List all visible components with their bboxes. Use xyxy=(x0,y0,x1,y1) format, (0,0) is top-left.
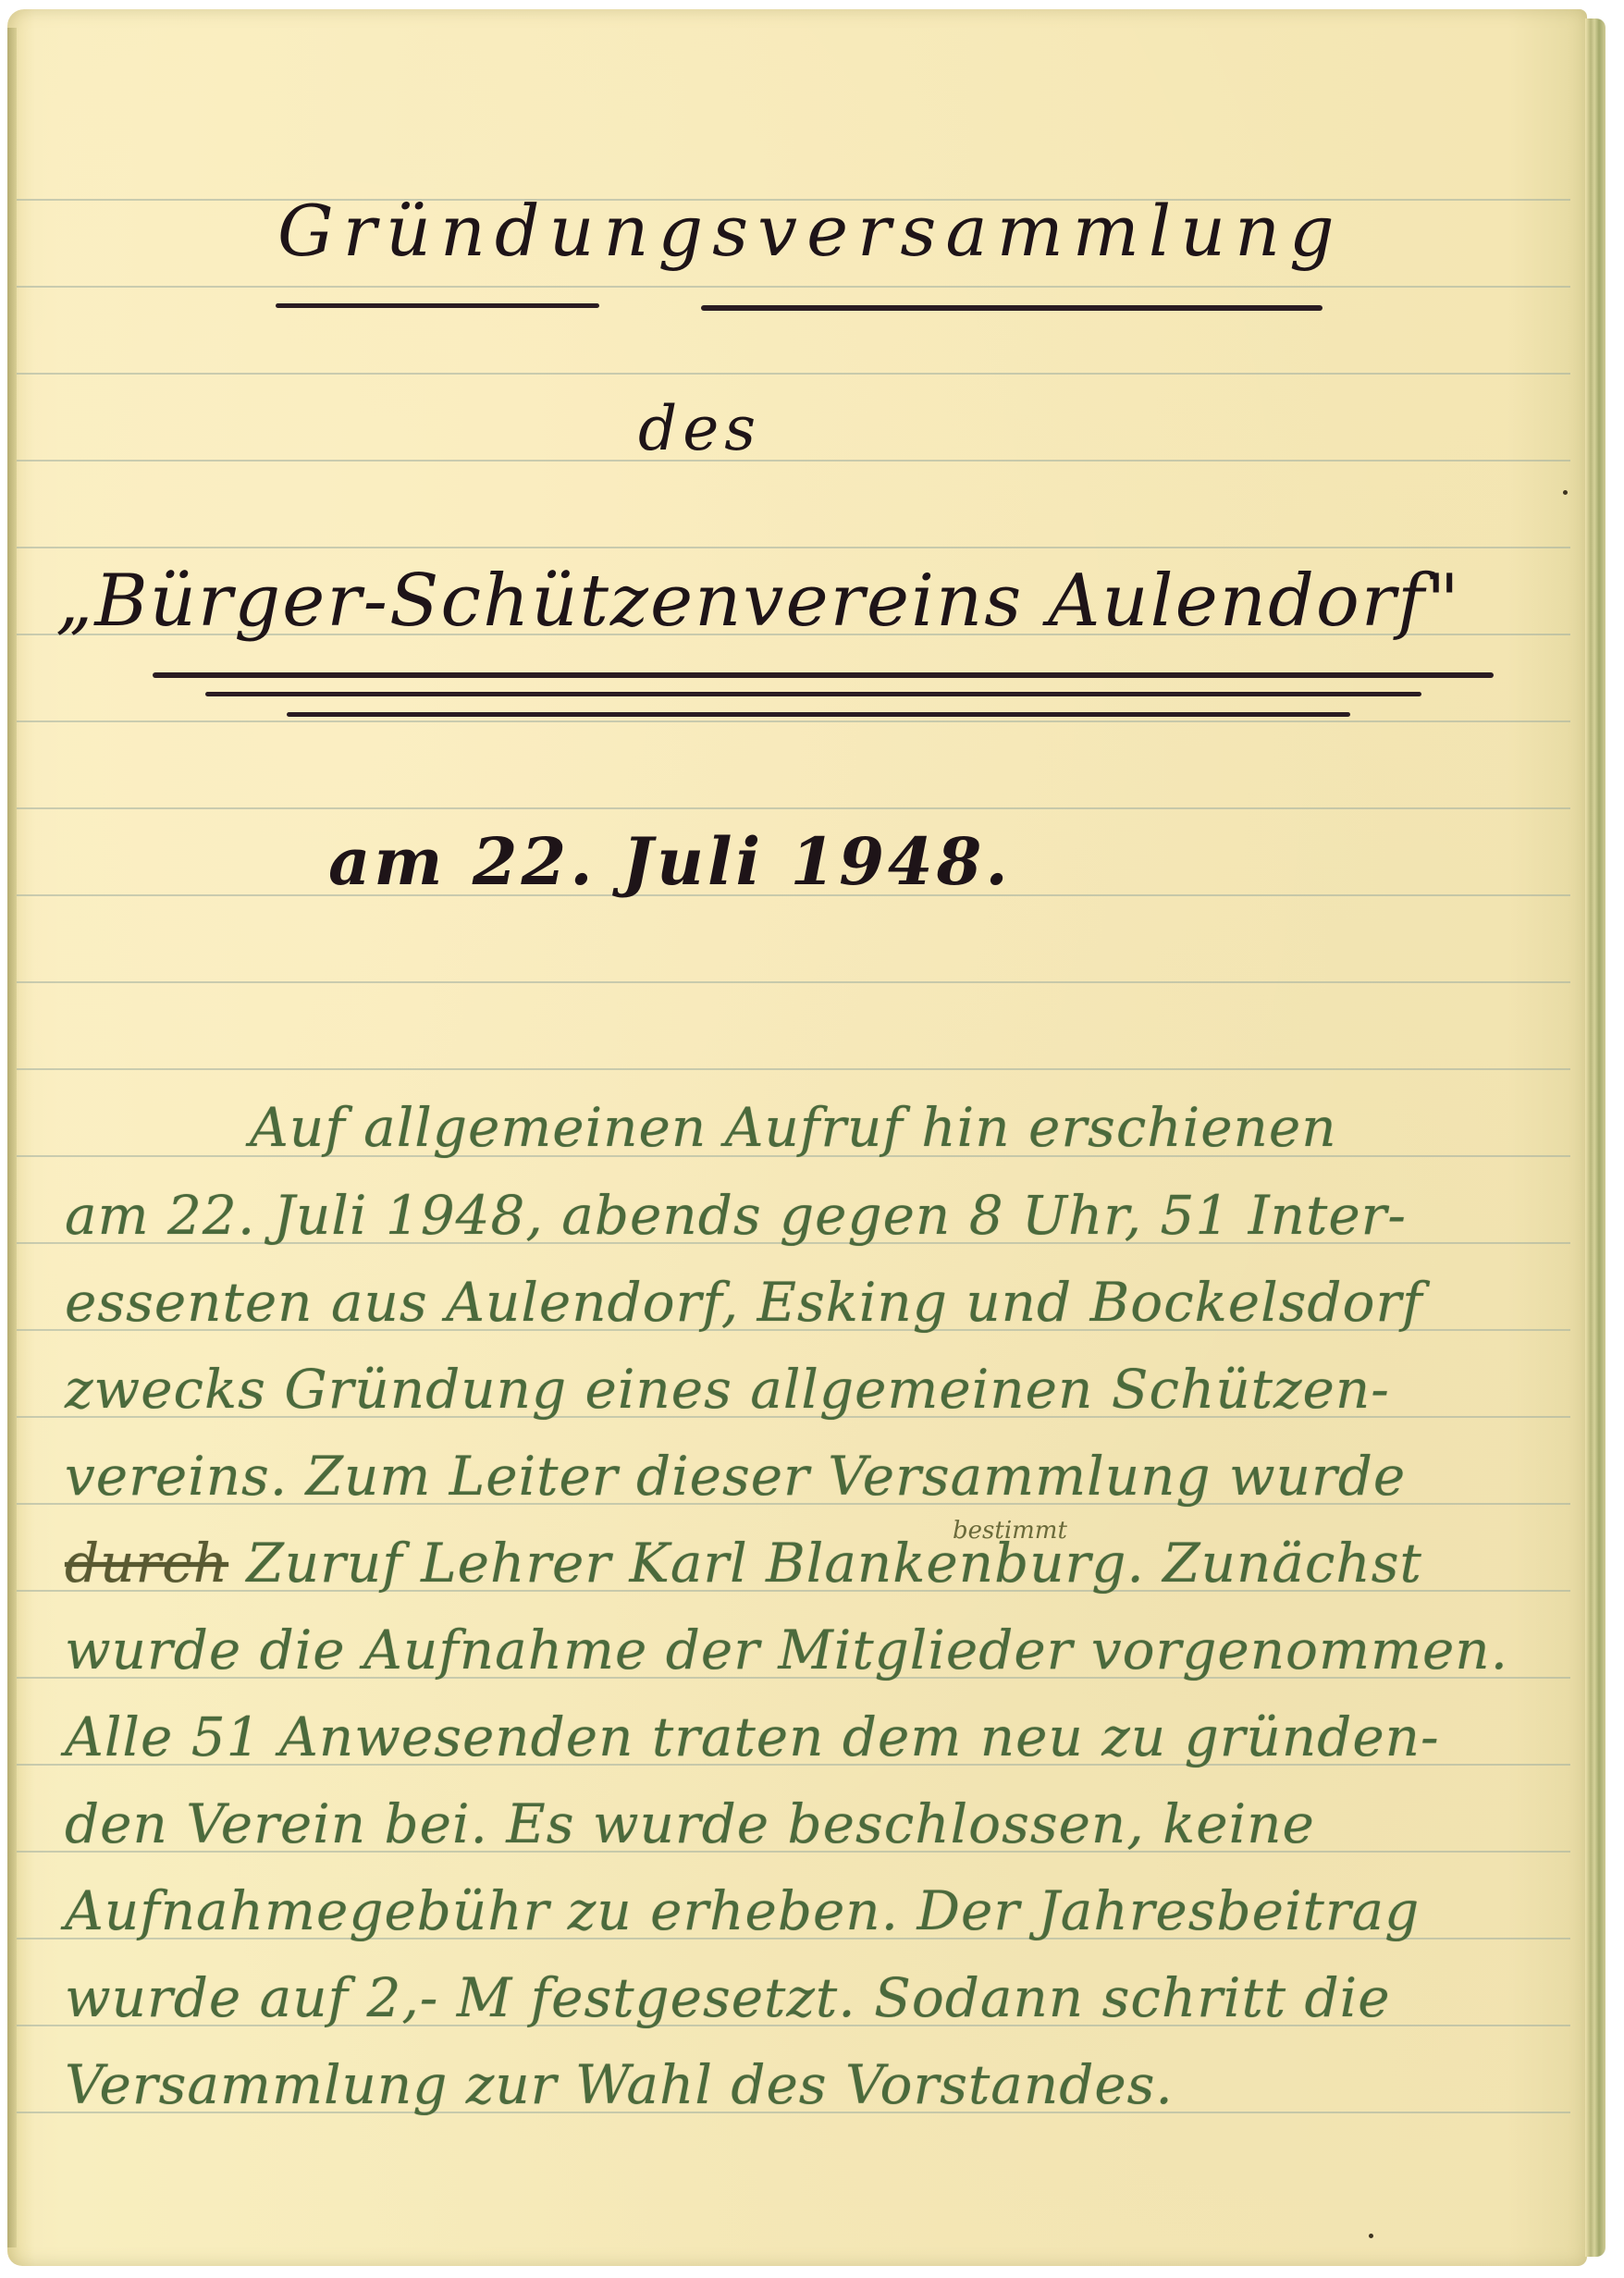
paper-speck xyxy=(1563,490,1568,495)
body-line-8: Alle 51 Anwesenden traten dem neu zu grü… xyxy=(65,1705,1440,1768)
ruled-line xyxy=(17,547,1570,548)
club-name-underline-2 xyxy=(205,692,1421,696)
body-line-9: den Verein bei. Es wurde beschlossen, ke… xyxy=(65,1792,1315,1855)
body-line-11: wurde auf 2,- M festgesetzt. Sodann schr… xyxy=(65,1966,1391,2029)
body-line-1: Auf allgemeinen Aufruf hin erschienen xyxy=(250,1096,1337,1159)
ruled-line xyxy=(17,807,1570,809)
body-line-5: vereins. Zum Leiter dieser Versammlung w… xyxy=(65,1445,1406,1508)
ruled-line xyxy=(17,373,1570,375)
title-underline xyxy=(701,305,1323,311)
ruled-line xyxy=(17,460,1570,462)
body-line-6: durch Zuruf Lehrer Karl Blankenburg. Zun… xyxy=(65,1532,1422,1595)
title-underline xyxy=(276,303,599,308)
body-line-2: am 22. Juli 1948, abends gegen 8 Uhr, 51… xyxy=(65,1184,1407,1247)
body-line-3: essenten aus Aulendorf, Esking und Bocke… xyxy=(65,1271,1423,1334)
page-left-edge xyxy=(7,28,17,2247)
club-name: „Bürger-Schützenvereins Aulendorf" xyxy=(55,560,1461,643)
page-stack-edge xyxy=(1585,18,1606,2257)
body-line-7: wurde die Aufnahme der Mitglieder vorgen… xyxy=(65,1619,1508,1681)
ruled-line xyxy=(17,981,1570,983)
ruled-line xyxy=(17,720,1570,722)
struck-word: durch xyxy=(65,1532,228,1595)
body-line-6-text: Zuruf Lehrer Karl Blankenburg. Zunächst xyxy=(228,1532,1422,1595)
ruled-line xyxy=(17,286,1570,288)
heading-connector: des xyxy=(638,393,761,464)
body-line-12: Versammlung zur Wahl des Vorstandes. xyxy=(65,2053,1174,2116)
body-line-4: zwecks Gründung eines allgemeinen Schütz… xyxy=(65,1358,1390,1421)
club-name-underline-1 xyxy=(153,672,1494,678)
body-line-10: Aufnahmegebühr zu erheben. Der Jahresbei… xyxy=(65,1879,1420,1942)
ruled-line xyxy=(17,1068,1570,1070)
meeting-date: am 22. Juli 1948. xyxy=(328,823,1012,900)
paper-speck xyxy=(1369,2234,1373,2238)
club-name-underline-3 xyxy=(287,712,1350,717)
page-title: Gründungsversammlung xyxy=(277,190,1344,272)
inserted-word: bestimmt xyxy=(953,1517,1067,1545)
